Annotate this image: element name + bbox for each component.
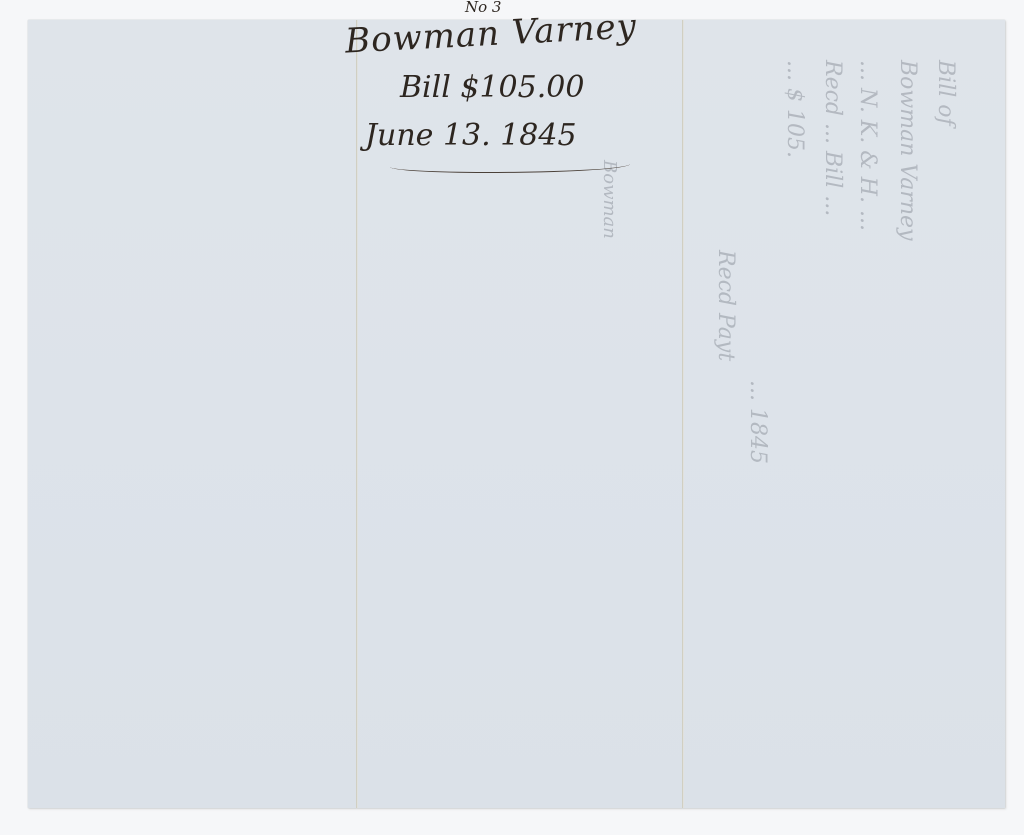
- bleed-through-text: Bill of: [933, 60, 958, 126]
- bleed-through-text: ... N. K. & H. ...: [855, 60, 880, 231]
- left-panel: [28, 20, 357, 808]
- bleed-through-text: Recd Payt: [713, 250, 738, 361]
- bleed-through-text: ... $ 105.: [782, 60, 807, 158]
- docket-date: June 13. 1845: [365, 118, 577, 153]
- fold-line-left: [356, 20, 358, 808]
- bleed-through-text: Recd ... Bill ...: [820, 60, 845, 216]
- bleed-through-text: ... 1845: [745, 380, 770, 464]
- bleed-through-text: Bowman Varney: [895, 60, 920, 241]
- bleed-through-text: Bowman: [599, 160, 620, 239]
- fold-line-right: [682, 20, 684, 808]
- docket-bill-amount: Bill $105.00: [400, 70, 584, 105]
